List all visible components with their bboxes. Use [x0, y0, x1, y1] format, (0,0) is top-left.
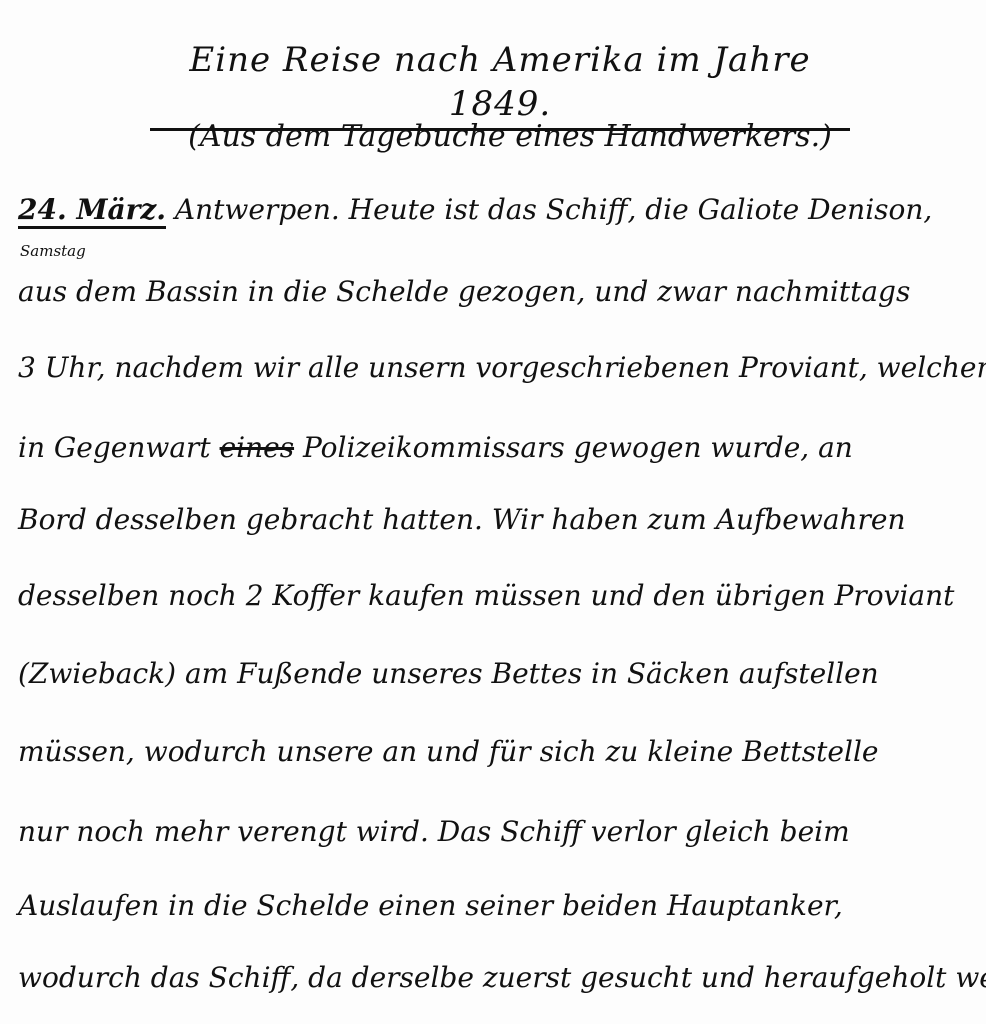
line-text: müssen, wodurch unsere an und für sich z…	[18, 735, 878, 768]
line-text: desselben noch 2 Koffer kaufen müssen un…	[18, 579, 954, 612]
manuscript-line-7: (Zwieback) am Fußende unseres Bettes in …	[18, 654, 978, 694]
manuscript-line-11: wodurch das Schiff, da derselbe zuerst g…	[18, 958, 978, 998]
manuscript-line-5: Bord desselben gebracht hatten. Wir habe…	[18, 500, 978, 540]
document-subtitle: (Aus dem Tagebuche eines Handwerkers.)	[185, 112, 835, 162]
line-text: nur noch mehr verengt wird. Das Schiff v…	[18, 815, 850, 848]
entry-date: 24. März.	[18, 193, 166, 229]
line-text: wodurch das Schiff, da derselbe zuerst g…	[18, 961, 986, 994]
line-text: Auslaufen in die Schelde einen seiner be…	[18, 889, 843, 922]
manuscript-line-10: Auslaufen in die Schelde einen seiner be…	[18, 886, 978, 926]
line-text: Polizeikommissars gewogen wurde, an	[294, 431, 853, 464]
struck-word: eines	[220, 431, 295, 464]
manuscript-line-9: nur noch mehr verengt wird. Das Schiff v…	[18, 812, 978, 852]
line-text: aus dem Bassin in die Schelde gezogen, u…	[18, 275, 910, 308]
manuscript-line-2: aus dem Bassin in die Schelde gezogen, u…	[18, 272, 978, 312]
manuscript-line-4: in Gegenwart eines Polizeikommissars gew…	[18, 428, 978, 468]
line-text: (Zwieback) am Fußende unseres Bettes in …	[18, 657, 879, 690]
line-text: Antwerpen. Heute ist das Schiff, die Gal…	[166, 193, 932, 226]
line-text: 3 Uhr, nachdem wir alle unsern vorgeschr…	[18, 351, 986, 384]
manuscript-page: Eine Reise nach Amerika im Jahre 1849. (…	[0, 0, 986, 1024]
line-text: Bord desselben gebracht hatten. Wir habe…	[18, 503, 906, 536]
manuscript-line-1: 24. März. Antwerpen. Heute ist das Schif…	[18, 190, 978, 230]
manuscript-line-3: 3 Uhr, nachdem wir alle unsern vorgeschr…	[18, 348, 978, 388]
line-text-pre: in Gegenwart	[18, 431, 220, 464]
manuscript-line-8: müssen, wodurch unsere an und für sich z…	[18, 732, 978, 772]
manuscript-line-6: desselben noch 2 Koffer kaufen müssen un…	[18, 576, 978, 616]
margin-note: Samstag	[20, 242, 86, 260]
